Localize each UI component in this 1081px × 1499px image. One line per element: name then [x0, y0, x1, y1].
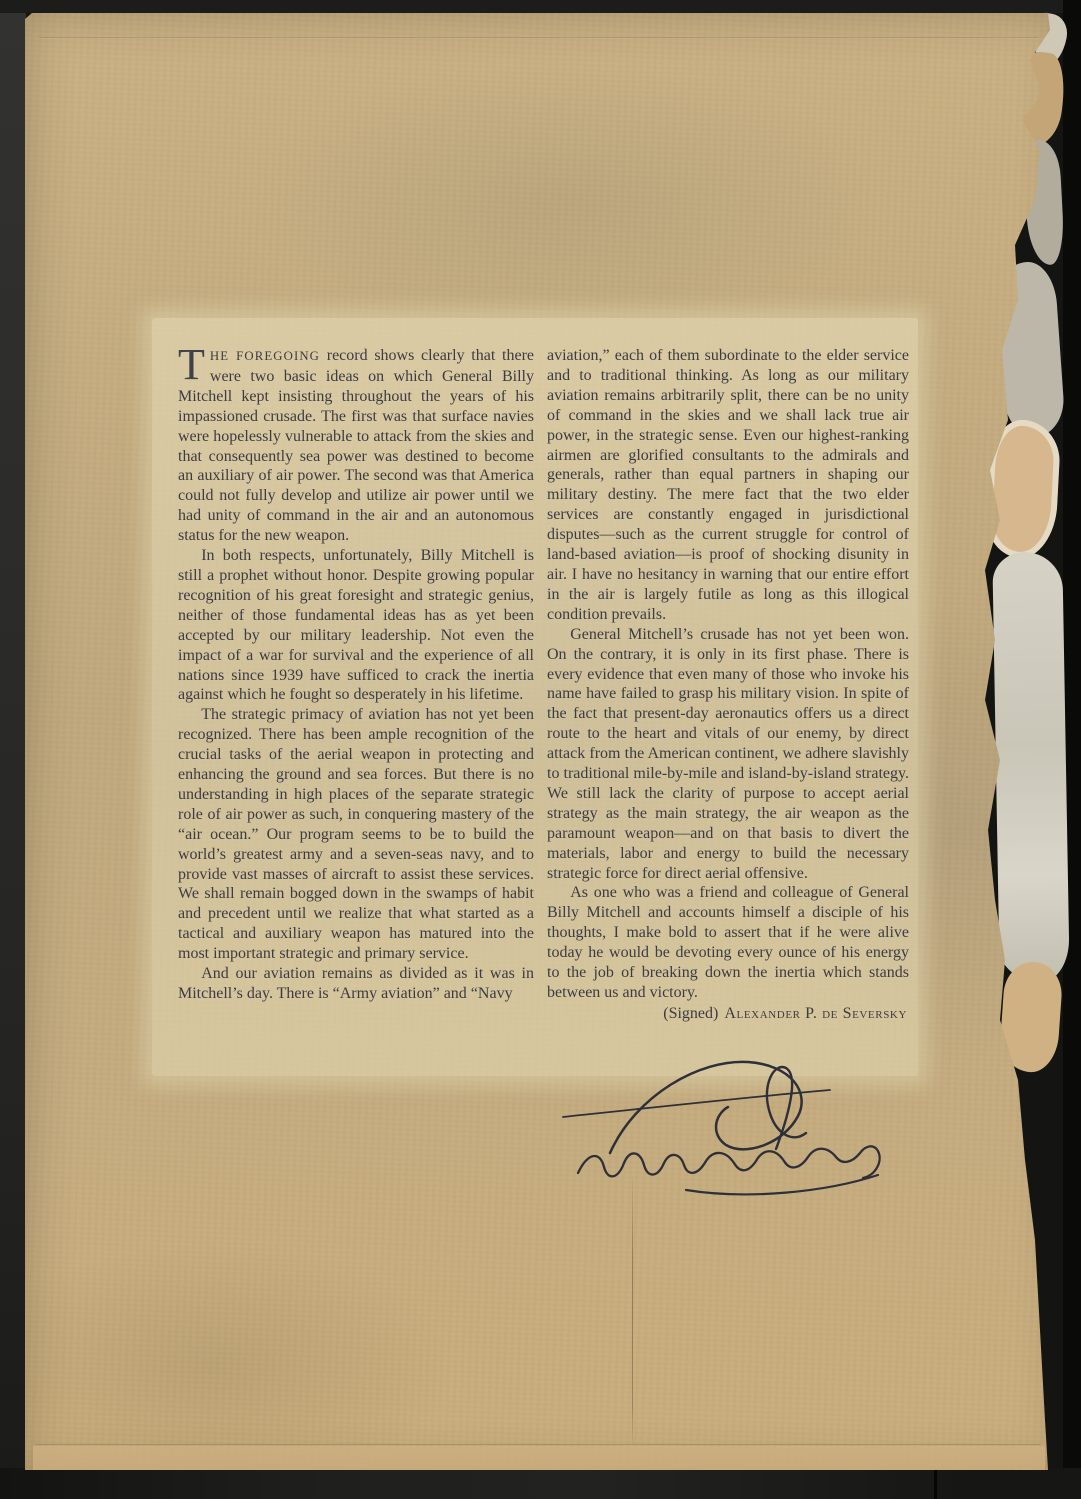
signed-name: Alexander P. de Seversky [724, 1005, 907, 1022]
paragraph: And our aviation remains as divided as i… [178, 964, 534, 1004]
paragraph-text: record shows clearly that there were two… [178, 347, 534, 544]
paragraph: aviation,” each of them subordinate to t… [547, 346, 909, 625]
paragraph: The strategic primacy of aviation has no… [178, 705, 534, 964]
signed-line: (Signed)Alexander P. de Seversky [547, 1004, 907, 1024]
signature-handwriting [548, 1053, 908, 1203]
opening-paragraph: THE FOREGOING record shows clearly that … [178, 346, 534, 546]
scanner-backdrop-bottom [0, 1468, 1081, 1499]
paragraph: As one who was a friend and colleague of… [547, 883, 909, 1002]
bottom-edge-strip [33, 1446, 1045, 1470]
scanner-backdrop-top [0, 0, 1081, 13]
backdrop-seam [934, 1470, 937, 1499]
paragraph: In both respects, unfortunately, Billy M… [178, 546, 534, 705]
paragraph: General Mitchell’s crusade has not yet b… [547, 625, 909, 884]
scanner-backdrop-left [0, 0, 26, 1499]
signed-prefix: (Signed) [663, 1005, 718, 1022]
text-column-left: THE FOREGOING record shows clearly that … [178, 346, 534, 1004]
vertical-crease [632, 1178, 633, 1444]
drop-cap: T [178, 346, 210, 382]
text-column-right: aviation,” each of them subordinate to t… [547, 346, 909, 1024]
top-crease [39, 37, 1039, 39]
small-caps-lead: HE FOREGOING [210, 349, 320, 363]
book-page: THE FOREGOING record shows clearly that … [25, 13, 1065, 1470]
torn-paper-fragment [992, 551, 1069, 982]
